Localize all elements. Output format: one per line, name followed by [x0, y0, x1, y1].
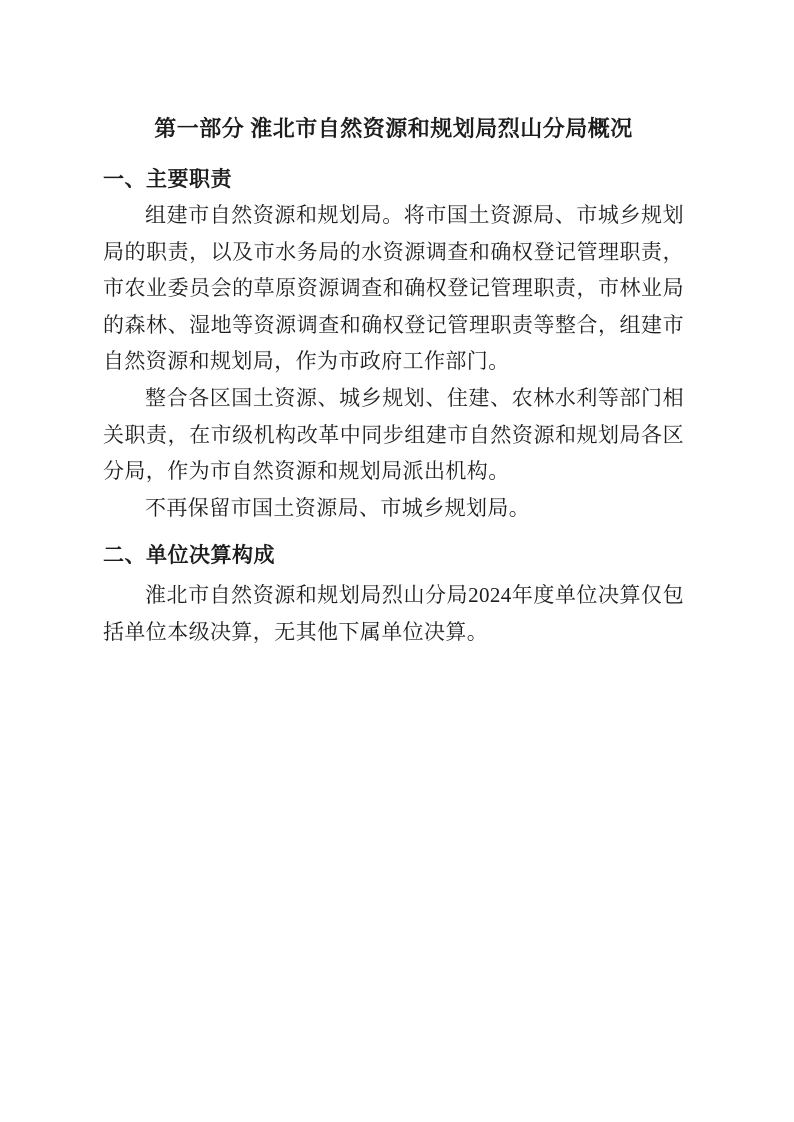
document-page: 第一部分 淮北市自然资源和规划局烈山分局概况 一、主要职责 组建市自然资源和规划… — [0, 0, 794, 1122]
section-2-heading: 二、单位决算构成 — [103, 545, 684, 567]
section-1-body: 组建市自然资源和规划局。将市国土资源局、市城乡规划局的职责，以及市水务局的水资源… — [103, 197, 684, 526]
document-content: 第一部分 淮北市自然资源和规划局烈山分局概况 一、主要职责 组建市自然资源和规划… — [0, 0, 794, 651]
document-title: 第一部分 淮北市自然资源和规划局烈山分局概况 — [103, 117, 684, 140]
section-main-duties: 一、主要职责 组建市自然资源和规划局。将市国土资源局、市城乡规划局的职责，以及市… — [103, 169, 684, 526]
section-2-body: 淮北市自然资源和规划局烈山分局2024年度单位决算仅包括单位本级决算，无其他下属… — [103, 577, 684, 650]
paragraph: 不再保留市国土资源局、市城乡规划局。 — [103, 490, 684, 527]
paragraph: 组建市自然资源和规划局。将市国土资源局、市城乡规划局的职责，以及市水务局的水资源… — [103, 197, 684, 380]
section-1-heading: 一、主要职责 — [103, 169, 684, 191]
paragraph: 整合各区国土资源、城乡规划、住建、农林水利等部门相关职责，在市级机构改革中同步组… — [103, 380, 684, 490]
section-accounts-composition: 二、单位决算构成 淮北市自然资源和规划局烈山分局2024年度单位决算仅包括单位本… — [103, 545, 684, 650]
paragraph: 淮北市自然资源和规划局烈山分局2024年度单位决算仅包括单位本级决算，无其他下属… — [103, 577, 684, 650]
